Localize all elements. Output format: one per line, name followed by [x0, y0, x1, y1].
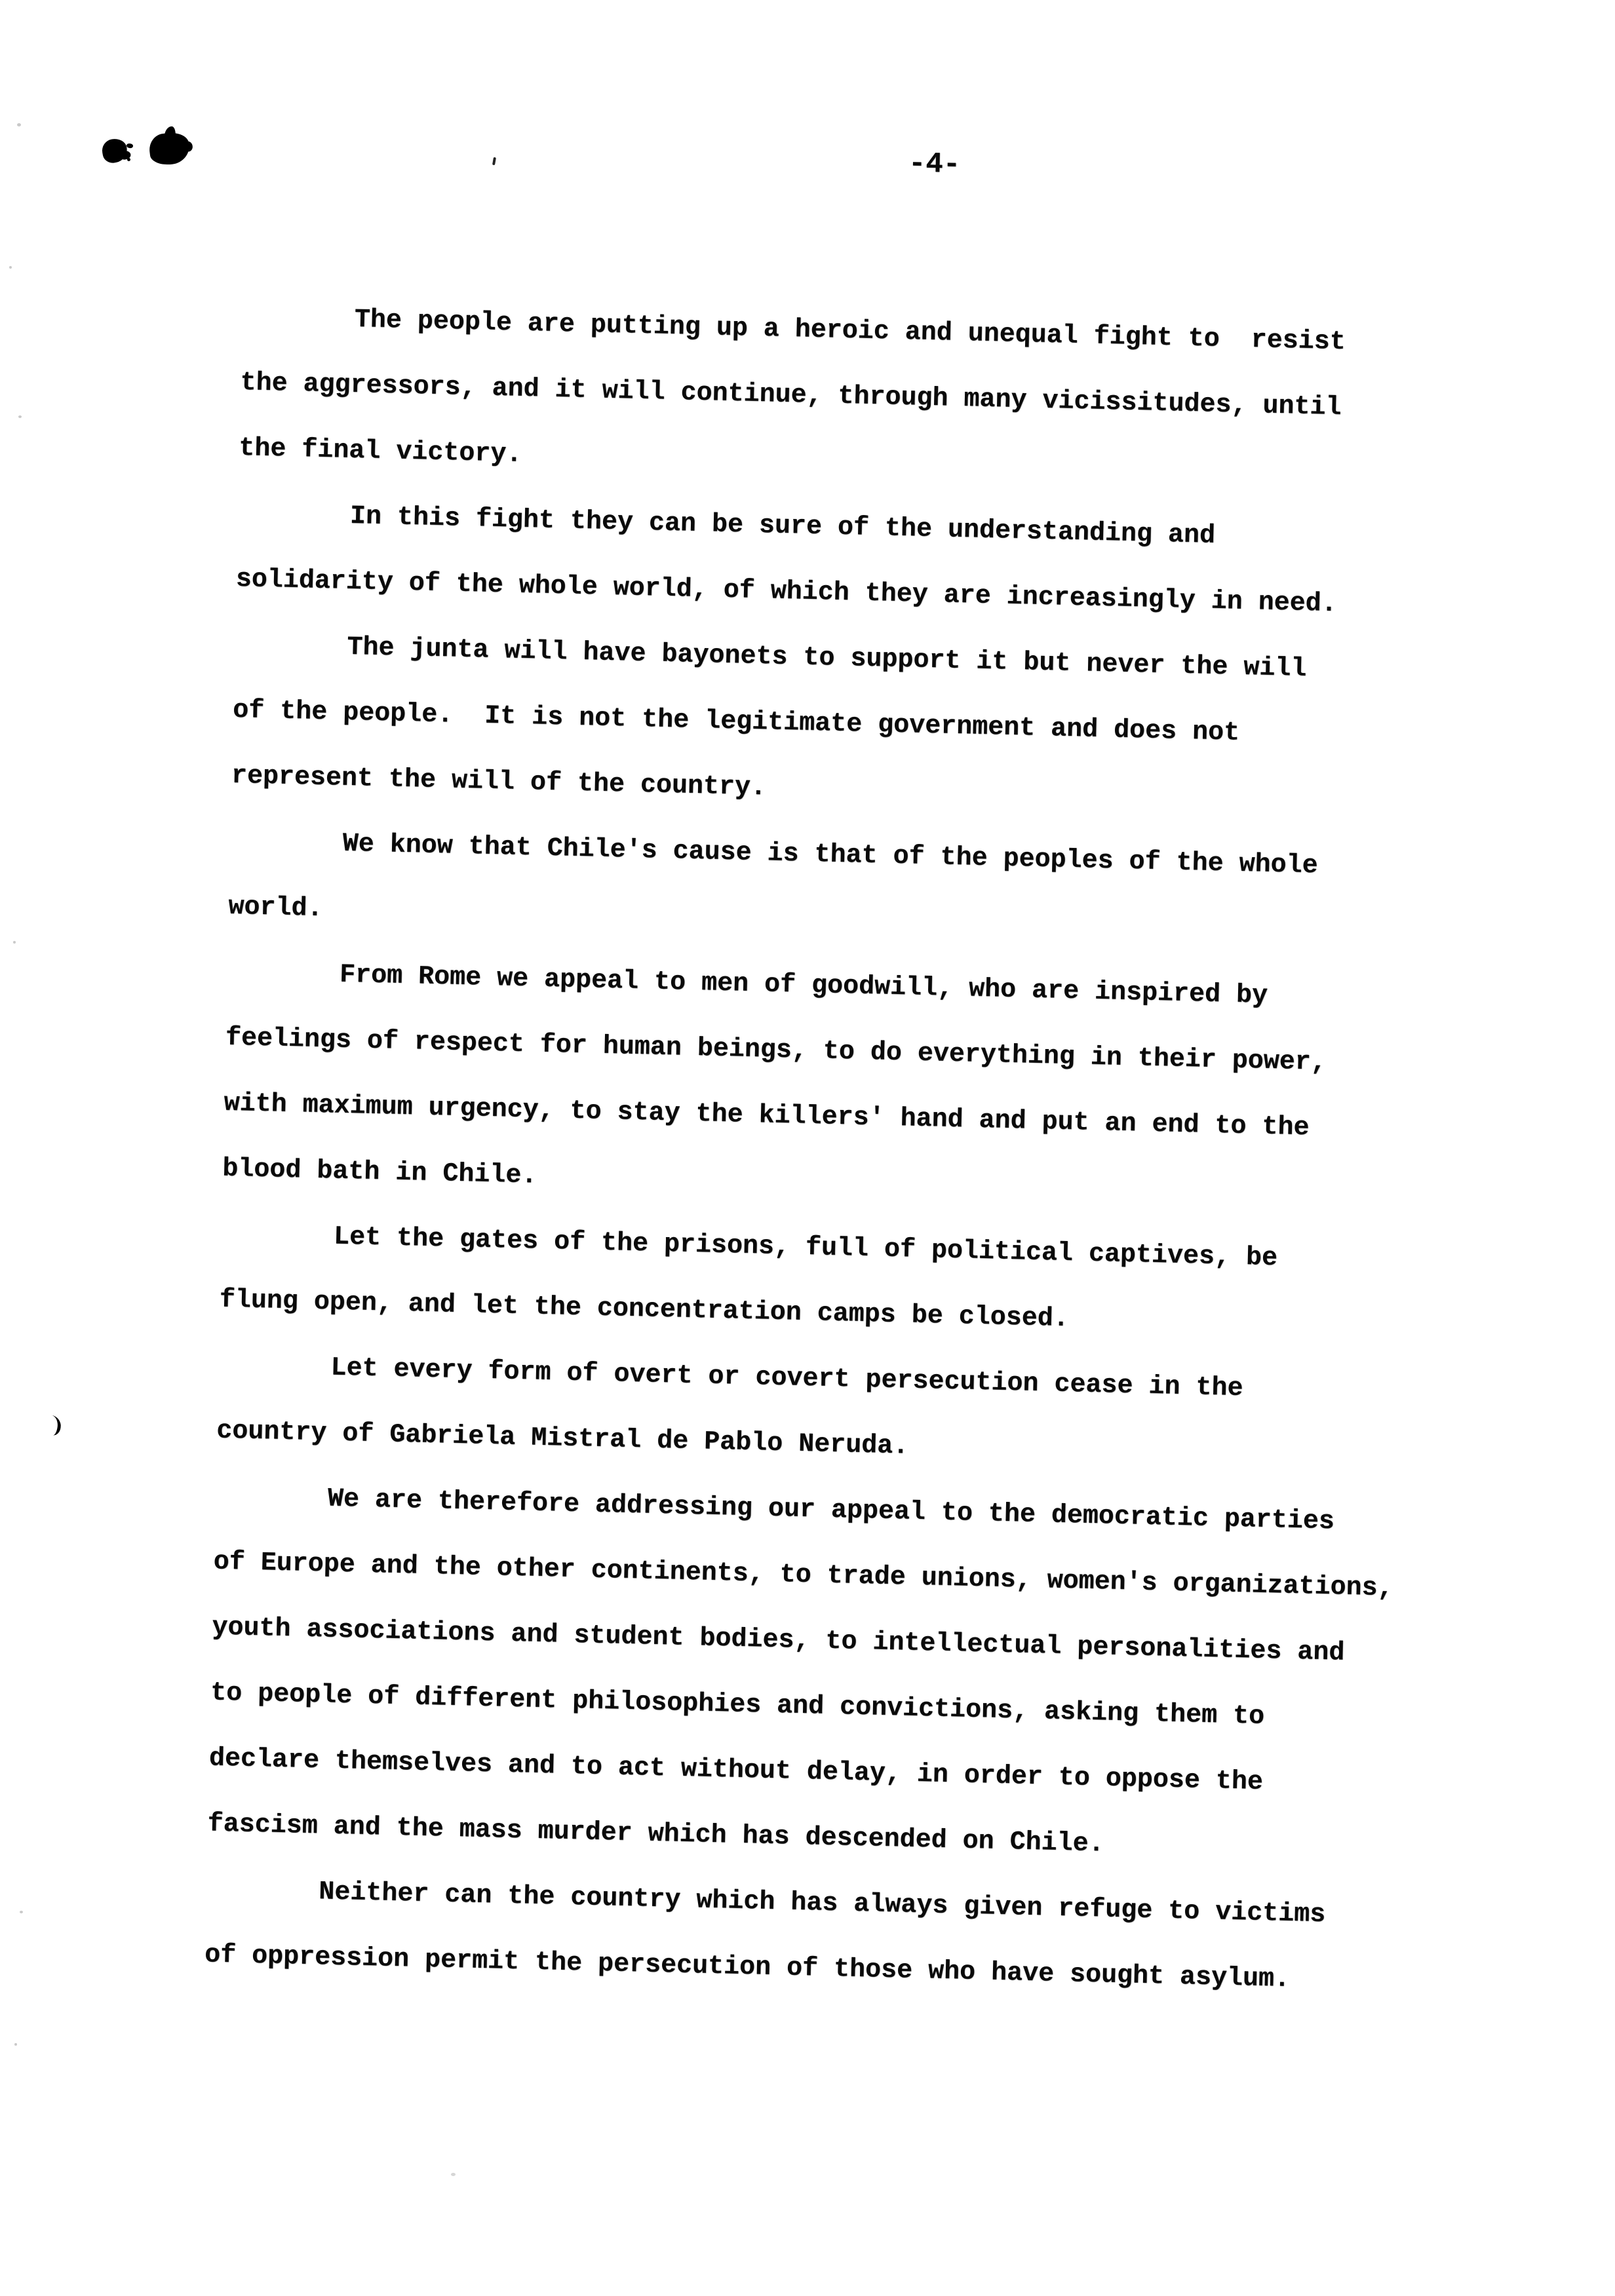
- ink-smudge-mark-left: [100, 137, 129, 164]
- paragraph: We are therefore addressing our appeal t…: [207, 1464, 1494, 1886]
- paragraph: Neither can the country which has always…: [204, 1857, 1485, 2017]
- ink-speck: [126, 143, 134, 149]
- scan-noise-speck: [14, 2043, 17, 2046]
- paragraph: The junta will have bayonets to support …: [231, 613, 1513, 838]
- scan-noise-speck: [18, 415, 22, 418]
- scan-noise-speck: [17, 123, 21, 126]
- page-number: -4-: [908, 147, 960, 182]
- ink-speck: [127, 158, 130, 161]
- pen-stroke-mark: [42, 1414, 62, 1436]
- paragraph: The people are putting up a heroic and u…: [238, 285, 1520, 510]
- ink-smudge-mark-right: [147, 130, 191, 166]
- ink-speck: [492, 157, 496, 166]
- scan-noise-speck: [9, 266, 12, 269]
- scan-noise-speck: [13, 941, 16, 944]
- text-block: The people are putting up a heroic and u…: [204, 285, 1520, 2018]
- document-page: -4- The people are putting up a heroic a…: [0, 0, 1615, 2296]
- scan-noise-speck: [451, 2173, 456, 2176]
- paragraph: From Rome we appeal to men of goodwill, …: [222, 940, 1506, 1231]
- scan-noise-speck: [20, 1911, 23, 1913]
